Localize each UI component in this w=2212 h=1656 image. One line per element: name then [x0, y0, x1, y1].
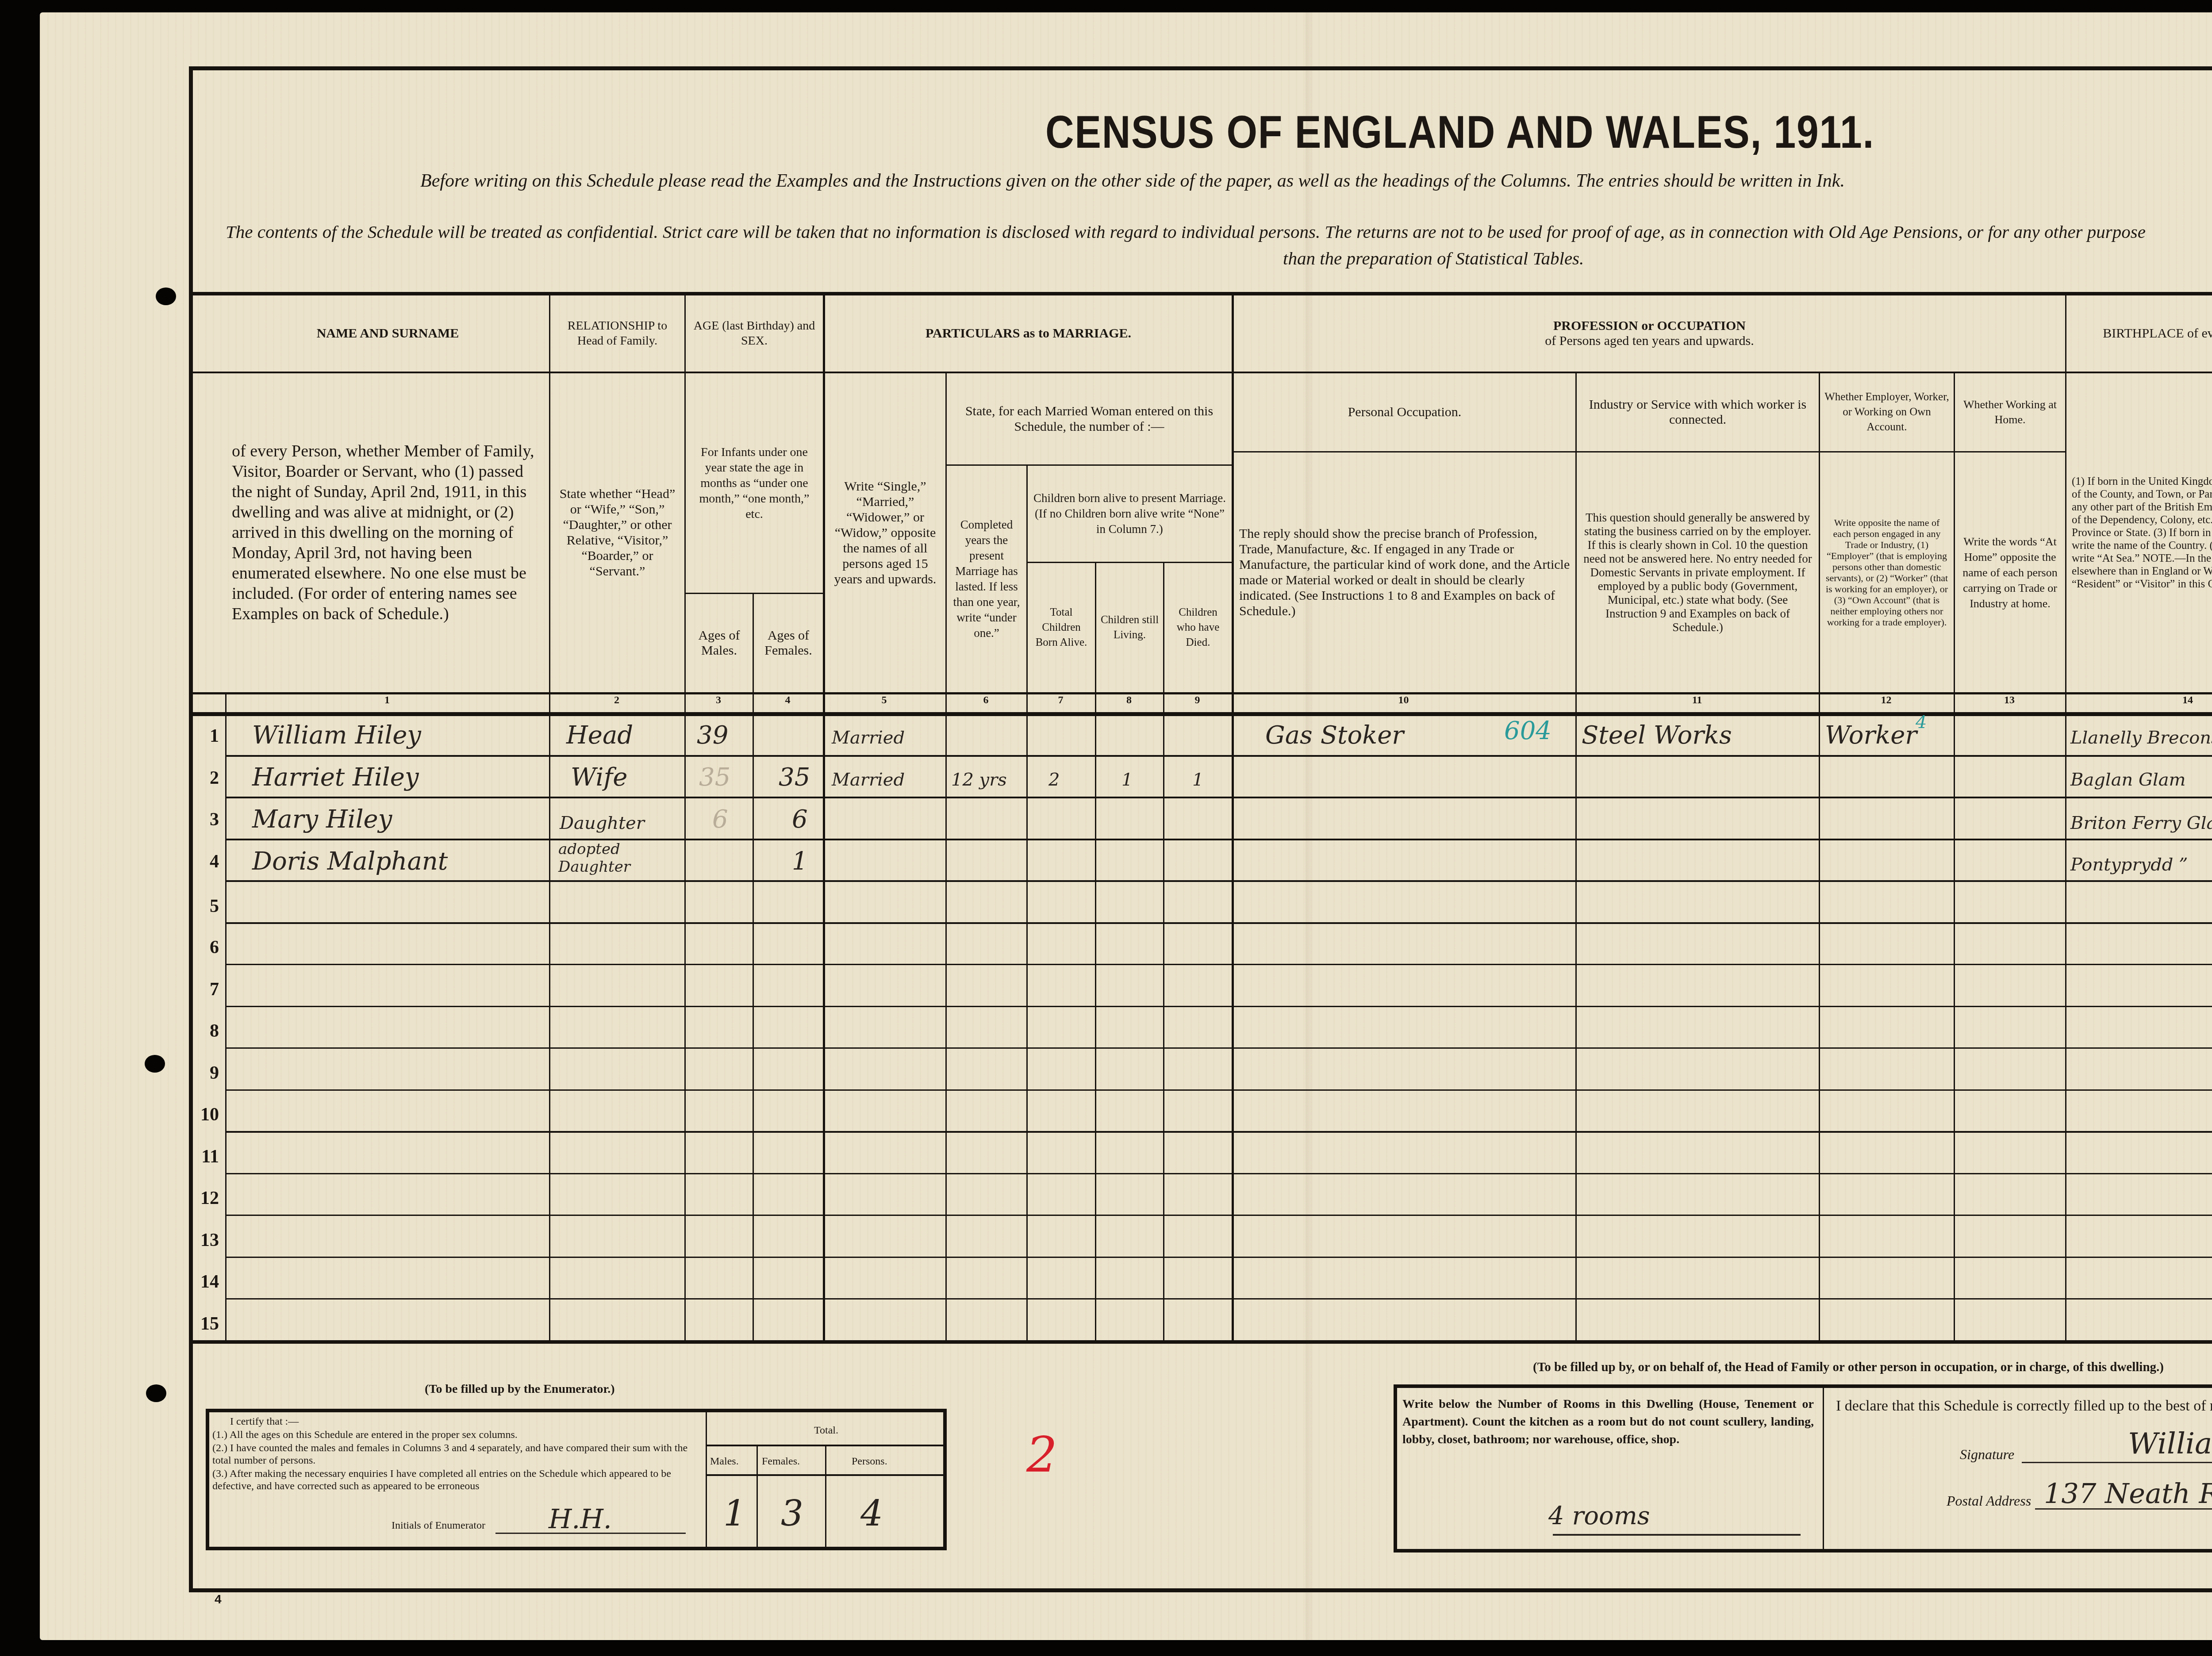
address-underline: [2035, 1508, 2212, 1510]
col12-instruction: Write opposite the name of each person e…: [1820, 452, 1954, 692]
cell-age-female[interactable]: 1: [792, 847, 808, 876]
col1-instruction: of every Person, whether Member of Famil…: [227, 373, 549, 692]
col14-instruction: (1) If born in the United Kingdom, write…: [2066, 373, 2212, 692]
totals-divider: [707, 1445, 944, 1446]
rooms-instruction: Write below the Number of Rooms in this …: [1402, 1395, 1814, 1449]
row-number: 3: [190, 809, 223, 830]
col8-title: Children still Living.: [1096, 563, 1163, 692]
cell-years-married[interactable]: 12 yrs: [951, 770, 1007, 790]
cell-marital[interactable]: Married: [832, 728, 905, 748]
enumerator-heading: (To be filled up by the Enumerator.): [425, 1382, 615, 1396]
cell-living[interactable]: 1: [1121, 770, 1133, 790]
certify-item-1: (1.) All the ages on this Schedule are e…: [212, 1429, 708, 1441]
persons-label: Persons.: [852, 1455, 887, 1468]
col7-title: Total Children Born Alive.: [1028, 563, 1095, 692]
cell-age-male-crossed[interactable]: 35: [699, 763, 730, 792]
cell-relationship[interactable]: Daughter: [560, 813, 645, 833]
column-number: 14: [2065, 694, 2212, 712]
row-number: 14: [190, 1271, 223, 1292]
col3-title: Ages of Males.: [686, 594, 753, 692]
cell-born-alive[interactable]: 2: [1048, 770, 1060, 790]
cell-birthplace[interactable]: Briton Ferry Glam: [2070, 813, 2212, 833]
certify-item-3: (3.) After making the necessary enquirie…: [212, 1468, 708, 1492]
col13-instruction: Write the words “At Home” opposite the n…: [1955, 452, 2065, 692]
col12-title: Whether Employer, Worker, or Working on …: [1820, 373, 1954, 451]
confidential-line-1: The contents of the Schedule will be tre…: [226, 221, 2146, 242]
col14-title: BIRTHPLACE of every Person.: [2066, 295, 2212, 372]
totals-divider: [707, 1474, 944, 1476]
instruction-line: Before writing on this Schedule please r…: [420, 170, 1845, 192]
cell-occupation-code: 604: [1504, 717, 1551, 745]
totals-divider: [757, 1445, 758, 1547]
total-label: Total.: [814, 1424, 838, 1437]
enumerator-initials[interactable]: H.H.: [549, 1504, 612, 1535]
cell-relationship[interactable]: Head: [566, 721, 633, 750]
row-number: 10: [190, 1104, 223, 1125]
column-number: 12: [1819, 694, 1954, 712]
cell-relationship[interactable]: Wife: [571, 763, 627, 792]
row-number: 5: [190, 896, 223, 917]
cell-industry[interactable]: Steel Works: [1582, 721, 1732, 750]
rooms-underline: [1553, 1534, 1801, 1536]
row-number: 7: [190, 979, 223, 1000]
marriage-group-title: PARTICULARS as to MARRIAGE.: [825, 295, 1232, 372]
married-woman-instruction: State, for each Married Woman entered on…: [947, 373, 1232, 464]
column-number: 6: [945, 694, 1026, 712]
cell-employment-code: 4: [1916, 712, 1927, 732]
column-number: 11: [1575, 694, 1819, 712]
cell-employment[interactable]: Worker: [1825, 721, 1917, 750]
signature-label: Signature: [1960, 1446, 2014, 1463]
col2-title: RELATIONSHIP to Head of Family.: [550, 295, 684, 372]
page-number: 4: [215, 1592, 222, 1606]
column-number: 7: [1026, 694, 1095, 712]
table-bottom-border: [189, 1340, 2212, 1344]
column-number: 8: [1095, 694, 1163, 712]
cell-died[interactable]: 1: [1192, 770, 1203, 790]
total-males[interactable]: 1: [723, 1493, 746, 1534]
initials-label: Initials of Enumerator: [392, 1519, 485, 1532]
cell-birthplace[interactable]: Llanelly Breconshire: [2070, 728, 2212, 748]
total-persons[interactable]: 4: [860, 1493, 883, 1534]
red-annotation-number: 2: [1026, 1426, 1057, 1483]
cell-relationship[interactable]: adopted Daughter: [558, 840, 673, 876]
row-number: 9: [190, 1062, 223, 1084]
cell-age-male[interactable]: 39: [697, 721, 728, 750]
address-value[interactable]: 137 Neath Road Briton Ferry: [2044, 1477, 2212, 1510]
col-divider: [225, 694, 227, 1340]
row-number: 4: [190, 851, 223, 872]
col11-instruction: This question should generally be answer…: [1577, 452, 1819, 692]
cell-marital[interactable]: Married: [832, 770, 905, 790]
page-title: CENSUS OF ENGLAND AND WALES, 1911.: [1041, 106, 1878, 159]
punch-hole: [145, 1055, 165, 1073]
colnum-bottom-border: [189, 712, 2212, 716]
cell-age-female[interactable]: 6: [792, 805, 808, 834]
initials-underline: [495, 1533, 686, 1534]
col9-title: Children who have Died.: [1164, 563, 1232, 692]
column-number: 2: [549, 694, 684, 712]
total-females[interactable]: 3: [781, 1493, 803, 1534]
row-number: 6: [190, 937, 223, 958]
column-number: 1: [225, 694, 549, 712]
punch-hole: [146, 1384, 166, 1402]
certify-heading: I certify that :—: [230, 1415, 299, 1428]
col1-title: NAME AND SURNAME: [227, 295, 549, 372]
totals-divider: [825, 1445, 826, 1547]
table-top-border: [189, 292, 2212, 295]
row-number: 13: [190, 1230, 223, 1251]
head-section-heading: (To be filled up by, or on behalf of, th…: [1533, 1360, 2164, 1375]
cell-age-female[interactable]: 35: [779, 763, 810, 792]
row-number: 15: [190, 1313, 223, 1334]
declaration-text: I declare that this Schedule is correctl…: [1836, 1398, 2212, 1414]
age-group-title: AGE (last Birthday) and SEX.: [686, 295, 823, 372]
col11-title: Industry or Service with which worker is…: [1577, 373, 1819, 451]
females-label: Females.: [762, 1455, 800, 1468]
column-number: 10: [1232, 694, 1575, 712]
children-alive-instruction: Children born alive to present Marriage.…: [1028, 466, 1232, 562]
certify-item-2: (2.) I have counted the males and female…: [212, 1442, 708, 1467]
column-number: 4: [753, 694, 823, 712]
totals-divider: [706, 1412, 707, 1547]
males-label: Males.: [710, 1455, 739, 1468]
column-number: 5: [823, 694, 945, 712]
row-number: 8: [190, 1020, 223, 1042]
column-number: 13: [1954, 694, 2065, 712]
col5-instruction: Write “Single,” “Married,” “Widower,” or…: [825, 373, 945, 692]
rooms-divider: [1823, 1388, 1824, 1549]
column-number: 9: [1163, 694, 1232, 712]
col10-title: Personal Occupation.: [1234, 373, 1575, 451]
row-number: 11: [190, 1146, 223, 1167]
cell-birthplace[interactable]: Baglan Glam: [2070, 770, 2186, 790]
address-label: Postal Address: [1947, 1493, 2031, 1509]
rooms-value[interactable]: 4 rooms: [1548, 1502, 1650, 1530]
cell-age-male-crossed[interactable]: 6: [712, 805, 728, 834]
row-number: 1: [190, 725, 223, 747]
row-number: 2: [190, 767, 223, 789]
occupation-group-title: PROFESSION or OCCUPATION of Persons aged…: [1234, 295, 2065, 372]
column-number: 3: [684, 694, 753, 712]
punch-hole: [156, 287, 176, 305]
col4-title: Ages of Females.: [754, 594, 823, 692]
age-infants-instruction: For Infants under one year state the age…: [686, 373, 823, 593]
cell-birthplace[interactable]: Pontyprydd ”: [2070, 855, 2188, 875]
signature-value[interactable]: William Hiley: [2128, 1426, 2212, 1460]
cell-name[interactable]: William Hiley: [252, 721, 421, 750]
signature-underline: [2022, 1462, 2212, 1463]
cell-name[interactable]: Harriet Hiley: [252, 763, 419, 792]
col10-instruction: The reply should show the precise branch…: [1234, 452, 1575, 692]
col6-instruction: Completed years the present Marriage has…: [947, 466, 1026, 692]
confidential-line-2: than the preparation of Statistical Tabl…: [1283, 248, 1584, 269]
row-number: 12: [190, 1188, 223, 1209]
col2-instruction: State whether “Head” or “Wife,” “Son,” “…: [550, 373, 684, 692]
cell-name[interactable]: Mary Hiley: [252, 805, 392, 834]
col13-title: Whether Working at Home.: [1955, 373, 2065, 451]
cell-occupation[interactable]: Gas Stoker: [1265, 721, 1404, 750]
cell-name[interactable]: Doris Malphant: [252, 847, 448, 876]
